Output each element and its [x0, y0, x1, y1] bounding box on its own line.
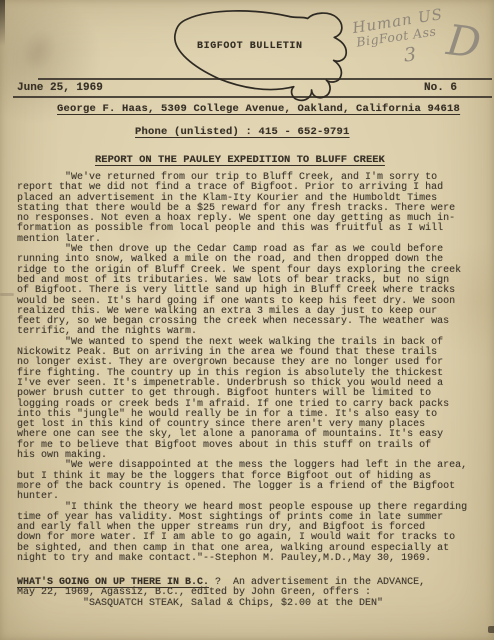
- newsletter-title: BIGFOOT BULLETIN: [197, 41, 301, 52]
- editor-address: George F. Haas, 5309 College Avenue, Oak…: [57, 103, 460, 115]
- handwritten-letter-d: D: [444, 15, 483, 68]
- editor-phone: Phone (unlisted) : 415 - 652-9791: [135, 126, 350, 138]
- scan-edge-nick: [488, 626, 494, 633]
- scan-edge-shadow: [0, 0, 5, 46]
- pencil-smudge: [14, 23, 63, 77]
- bc-news-section: WHAT'S GOING ON UP THERE IN B.C. ? An ad…: [17, 578, 489, 609]
- handwritten-note-number: 3: [403, 44, 417, 67]
- bigfoot-footprint-logo: [154, 0, 358, 107]
- pencil-dash-mark: [0, 293, 14, 296]
- footprint-outline-icon: [154, 0, 358, 107]
- issue-number: No. 6: [424, 82, 457, 94]
- newsletter-page: { "masthead": { "title": "BIGFOOT BULLET…: [0, 0, 494, 640]
- article-body-text: "We've returned from our trip to Bluff C…: [17, 173, 489, 564]
- article-heading: REPORT ON THE PAULEY EXPEDITION TO BLUFF…: [95, 154, 385, 166]
- issue-date: June 25, 1969: [17, 82, 103, 94]
